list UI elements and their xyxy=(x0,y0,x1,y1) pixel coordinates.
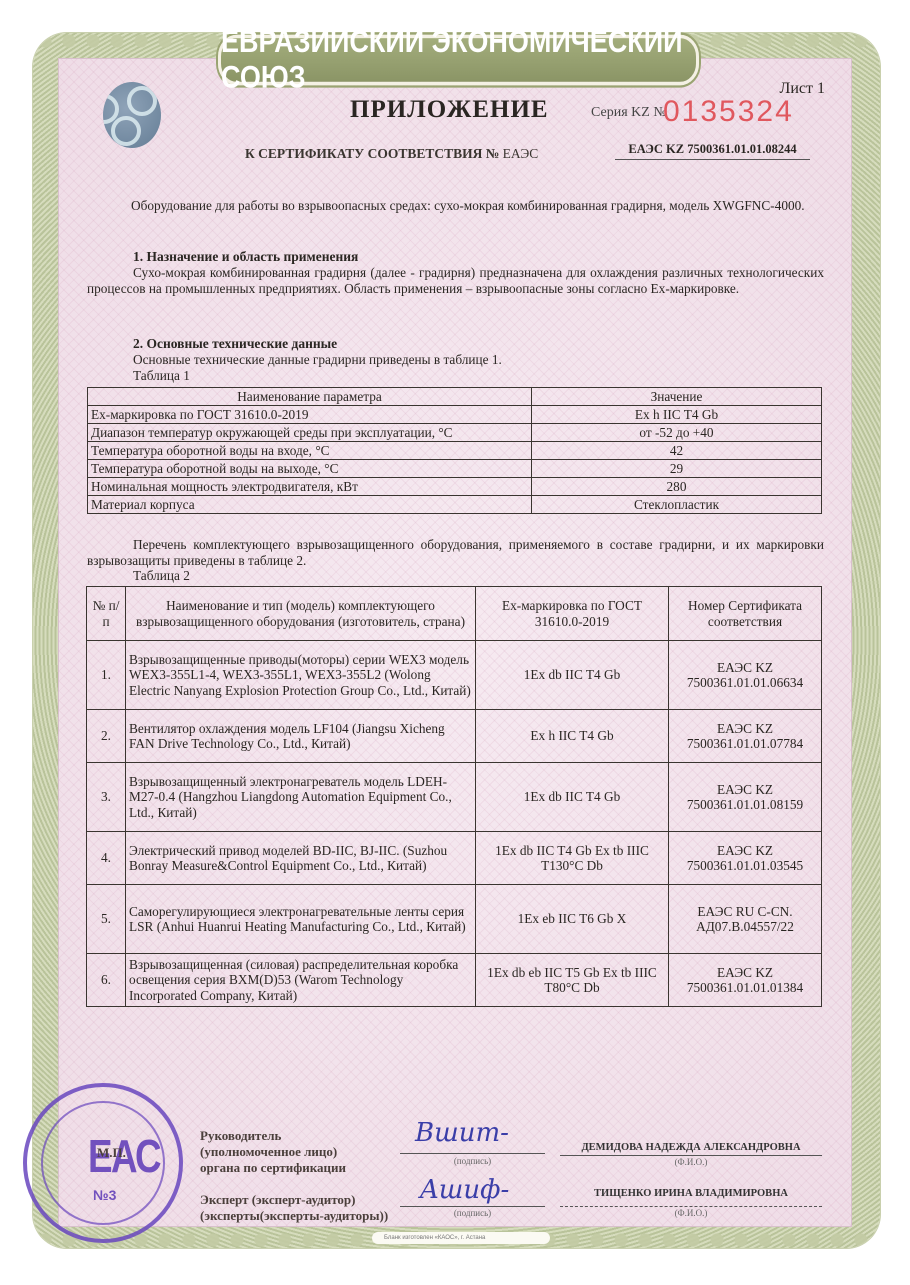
column-header: Значение xyxy=(532,388,822,406)
table-row: 2.Вентилятор охлаждения модель LF104 (Ji… xyxy=(87,710,822,763)
ex-marking-cell: 1Ex db eb IIC T5 Gb Ex tb IIIC T80°C Db xyxy=(476,954,669,1007)
parameter-value-cell: 280 xyxy=(532,478,822,496)
parameter-value-cell: 29 xyxy=(532,460,822,478)
document-title: ПРИЛОЖЕНИЕ xyxy=(350,96,549,124)
table-row: 1.Взрывозащищенные приводы(моторы) серии… xyxy=(87,641,822,710)
head-signature: Bшит- xyxy=(415,1118,509,1148)
signature-caption: (подпись) xyxy=(400,1156,545,1166)
series-number: 0135324 xyxy=(663,95,794,129)
parameter-value-cell: 42 xyxy=(532,442,822,460)
table-row: Диапазон температур окружающей среды при… xyxy=(88,424,822,442)
series-label: Серия KZ № xyxy=(591,105,667,121)
row-number-cell: 4. xyxy=(87,832,126,885)
signature-caption: (подпись) xyxy=(400,1208,545,1218)
signature-line xyxy=(400,1153,545,1154)
column-header: Номер Сертификата соответствия xyxy=(669,587,822,641)
name-caption: (Ф.И.О.) xyxy=(560,1208,822,1218)
table-row: Ex-маркировка по ГОСТ 31610.0-2019Ex h I… xyxy=(88,406,822,424)
table-row: Температура оборотной воды на выходе, °С… xyxy=(88,460,822,478)
hologram-icon xyxy=(103,82,161,148)
section-1-heading: 1. Назначение и область применения xyxy=(133,249,358,265)
ex-marking-cell: 1Ex db IIC T4 Gb xyxy=(476,641,669,710)
union-title-banner: ЕВРАЗИЙСКИЙ ЭКОНОМИЧЕСКИЙ СОЮЗ xyxy=(218,35,699,86)
parameter-name-cell: Номинальная мощность электродвигателя, к… xyxy=(88,478,532,496)
ex-marking-cell: 1Ex eb IIC T6 Gb X xyxy=(476,885,669,954)
column-header: Наименование параметра xyxy=(88,388,532,406)
ex-marking-cell: 1Ex db IIC T4 Gb Ex tb IIIC T130°C Db xyxy=(476,832,669,885)
union-title: ЕВРАЗИЙСКИЙ ЭКОНОМИЧЕСКИЙ СОЮЗ xyxy=(221,24,696,95)
form-manufacturer-note: Бланк изготовлен «КАОС», г. Астана xyxy=(372,1232,550,1244)
equipment-name-cell: Саморегулирующиеся электронагревательные… xyxy=(126,885,476,954)
head-name: ДЕМИДОВА НАДЕЖДА АЛЕКСАНДРОВНА xyxy=(560,1142,822,1153)
ex-marking-cell: Ex h IIC T4 Gb xyxy=(476,710,669,763)
certificate-number-cell: ЕАЭС KZ 7500361.01.01.03545 xyxy=(669,832,822,885)
column-header: Наименование и тип (модель) комплектующе… xyxy=(126,587,476,641)
certificate-number-cell: ЕАЭС RU C-CN. АД07.В.04557/22 xyxy=(669,885,822,954)
row-number-cell: 6. xyxy=(87,954,126,1007)
head-label-line: (уполномоченное лицо) xyxy=(200,1144,346,1160)
row-number-cell: 5. xyxy=(87,885,126,954)
table-row: Номинальная мощность электродвигателя, к… xyxy=(88,478,822,496)
parameter-value-cell: Ex h IIC T4 Gb xyxy=(532,406,822,424)
head-signatory-label: Руководитель (уполномоченное лицо) орган… xyxy=(200,1128,346,1176)
row-number-cell: 1. xyxy=(87,641,126,710)
certificate-number-cell: ЕАЭС KZ 7500361.01.01.01384 xyxy=(669,954,822,1007)
expert-name: ТИЩЕНКО ИРИНА ВЛАДИМИРОВНА xyxy=(560,1188,822,1199)
table-row: 4.Электрический привод моделей BD-IIC, B… xyxy=(87,832,822,885)
parameter-name-cell: Материал корпуса xyxy=(88,496,532,514)
expert-label-line: Эксперт (эксперт-аудитор) xyxy=(200,1192,388,1208)
section-1-text: Сухо-мокрая комбинированная градирня (да… xyxy=(87,265,824,297)
column-header: № п/п xyxy=(87,587,126,641)
stamp-number: №3 xyxy=(93,1187,116,1203)
table-1-caption: Таблица 1 xyxy=(133,368,190,384)
row-number-cell: 2. xyxy=(87,710,126,763)
technical-data-table: Наименование параметра Значение Ex-марки… xyxy=(87,387,822,514)
stamp-place-mark: М.П. xyxy=(97,1145,126,1161)
column-header: Ex-маркировка по ГОСТ 31610.0-2019 xyxy=(476,587,669,641)
equipment-name-cell: Вентилятор охлаждения модель LF104 (Jian… xyxy=(126,710,476,763)
certificate-number-cell: ЕАЭС KZ 7500361.01.01.07784 xyxy=(669,710,822,763)
equipment-name-cell: Взрывозащищенная (силовая) распределител… xyxy=(126,954,476,1007)
expert-label-line: (эксперты(эксперты-аудиторы)) xyxy=(200,1208,388,1224)
certificate-label-prefix: ЕАЭС xyxy=(503,146,539,161)
head-label-line: Руководитель xyxy=(200,1128,346,1144)
table-header-row: № п/п Наименование и тип (модель) компле… xyxy=(87,587,822,641)
expert-signature: Aшиф- xyxy=(420,1175,509,1205)
table-row: Температура оборотной воды на входе, °С4… xyxy=(88,442,822,460)
table-row: Материал корпусаСтеклопластик xyxy=(88,496,822,514)
ex-marking-cell: 1Ex db IIC T4 Gb xyxy=(476,763,669,832)
parameter-name-cell: Температура оборотной воды на входе, °С xyxy=(88,442,532,460)
parameter-value-cell: от -52 до +40 xyxy=(532,424,822,442)
head-label-line: органа по сертификации xyxy=(200,1160,346,1176)
table-2-caption: Таблица 2 xyxy=(133,568,190,584)
parameter-name-cell: Ex-маркировка по ГОСТ 31610.0-2019 xyxy=(88,406,532,424)
certificate-label: К СЕРТИФИКАТУ СООТВЕТСТВИЯ № ЕАЭС xyxy=(245,146,538,162)
equipment-name-cell: Электрический привод моделей BD-IIC, BJ-… xyxy=(126,832,476,885)
table-header-row: Наименование параметра Значение xyxy=(88,388,822,406)
table-row: 3.Взрывозащищенный электронагреватель мо… xyxy=(87,763,822,832)
certificate-label-text: К СЕРТИФИКАТУ СООТВЕТСТВИЯ № xyxy=(245,146,503,161)
parameter-name-cell: Температура оборотной воды на выходе, °С xyxy=(88,460,532,478)
table-row: 6.Взрывозащищенная (силовая) распределит… xyxy=(87,954,822,1007)
certificate-number: ЕАЭС KZ 7500361.01.01.08244 xyxy=(615,142,810,160)
certificate-number-cell: ЕАЭС KZ 7500361.01.01.06634 xyxy=(669,641,822,710)
official-stamp: ЕАС №3 xyxy=(23,1083,183,1243)
name-caption: (Ф.И.О.) xyxy=(560,1157,822,1167)
table-2-intro: Перечень комплектующего взрывозащищенног… xyxy=(87,537,824,569)
name-line xyxy=(560,1155,822,1156)
parameter-name-cell: Диапазон температур окружающей среды при… xyxy=(88,424,532,442)
expert-signatory-label: Эксперт (эксперт-аудитор) (эксперты(эксп… xyxy=(200,1192,388,1224)
components-table: № п/п Наименование и тип (модель) компле… xyxy=(86,586,822,1007)
parameter-value-cell: Стеклопластик xyxy=(532,496,822,514)
equipment-name-cell: Взрывозащищенные приводы(моторы) серии W… xyxy=(126,641,476,710)
equipment-description: Оборудование для работы во взрывоопасных… xyxy=(87,198,824,214)
certificate-number-cell: ЕАЭС KZ 7500361.01.01.08159 xyxy=(669,763,822,832)
section-2-text: Основные технические данные градирни при… xyxy=(133,352,502,368)
name-line xyxy=(560,1206,822,1207)
table-row: 5.Саморегулирующиеся электронагревательн… xyxy=(87,885,822,954)
equipment-name-cell: Взрывозащищенный электронагреватель моде… xyxy=(126,763,476,832)
signature-line xyxy=(400,1206,545,1207)
section-2-heading: 2. Основные технические данные xyxy=(133,336,337,352)
row-number-cell: 3. xyxy=(87,763,126,832)
